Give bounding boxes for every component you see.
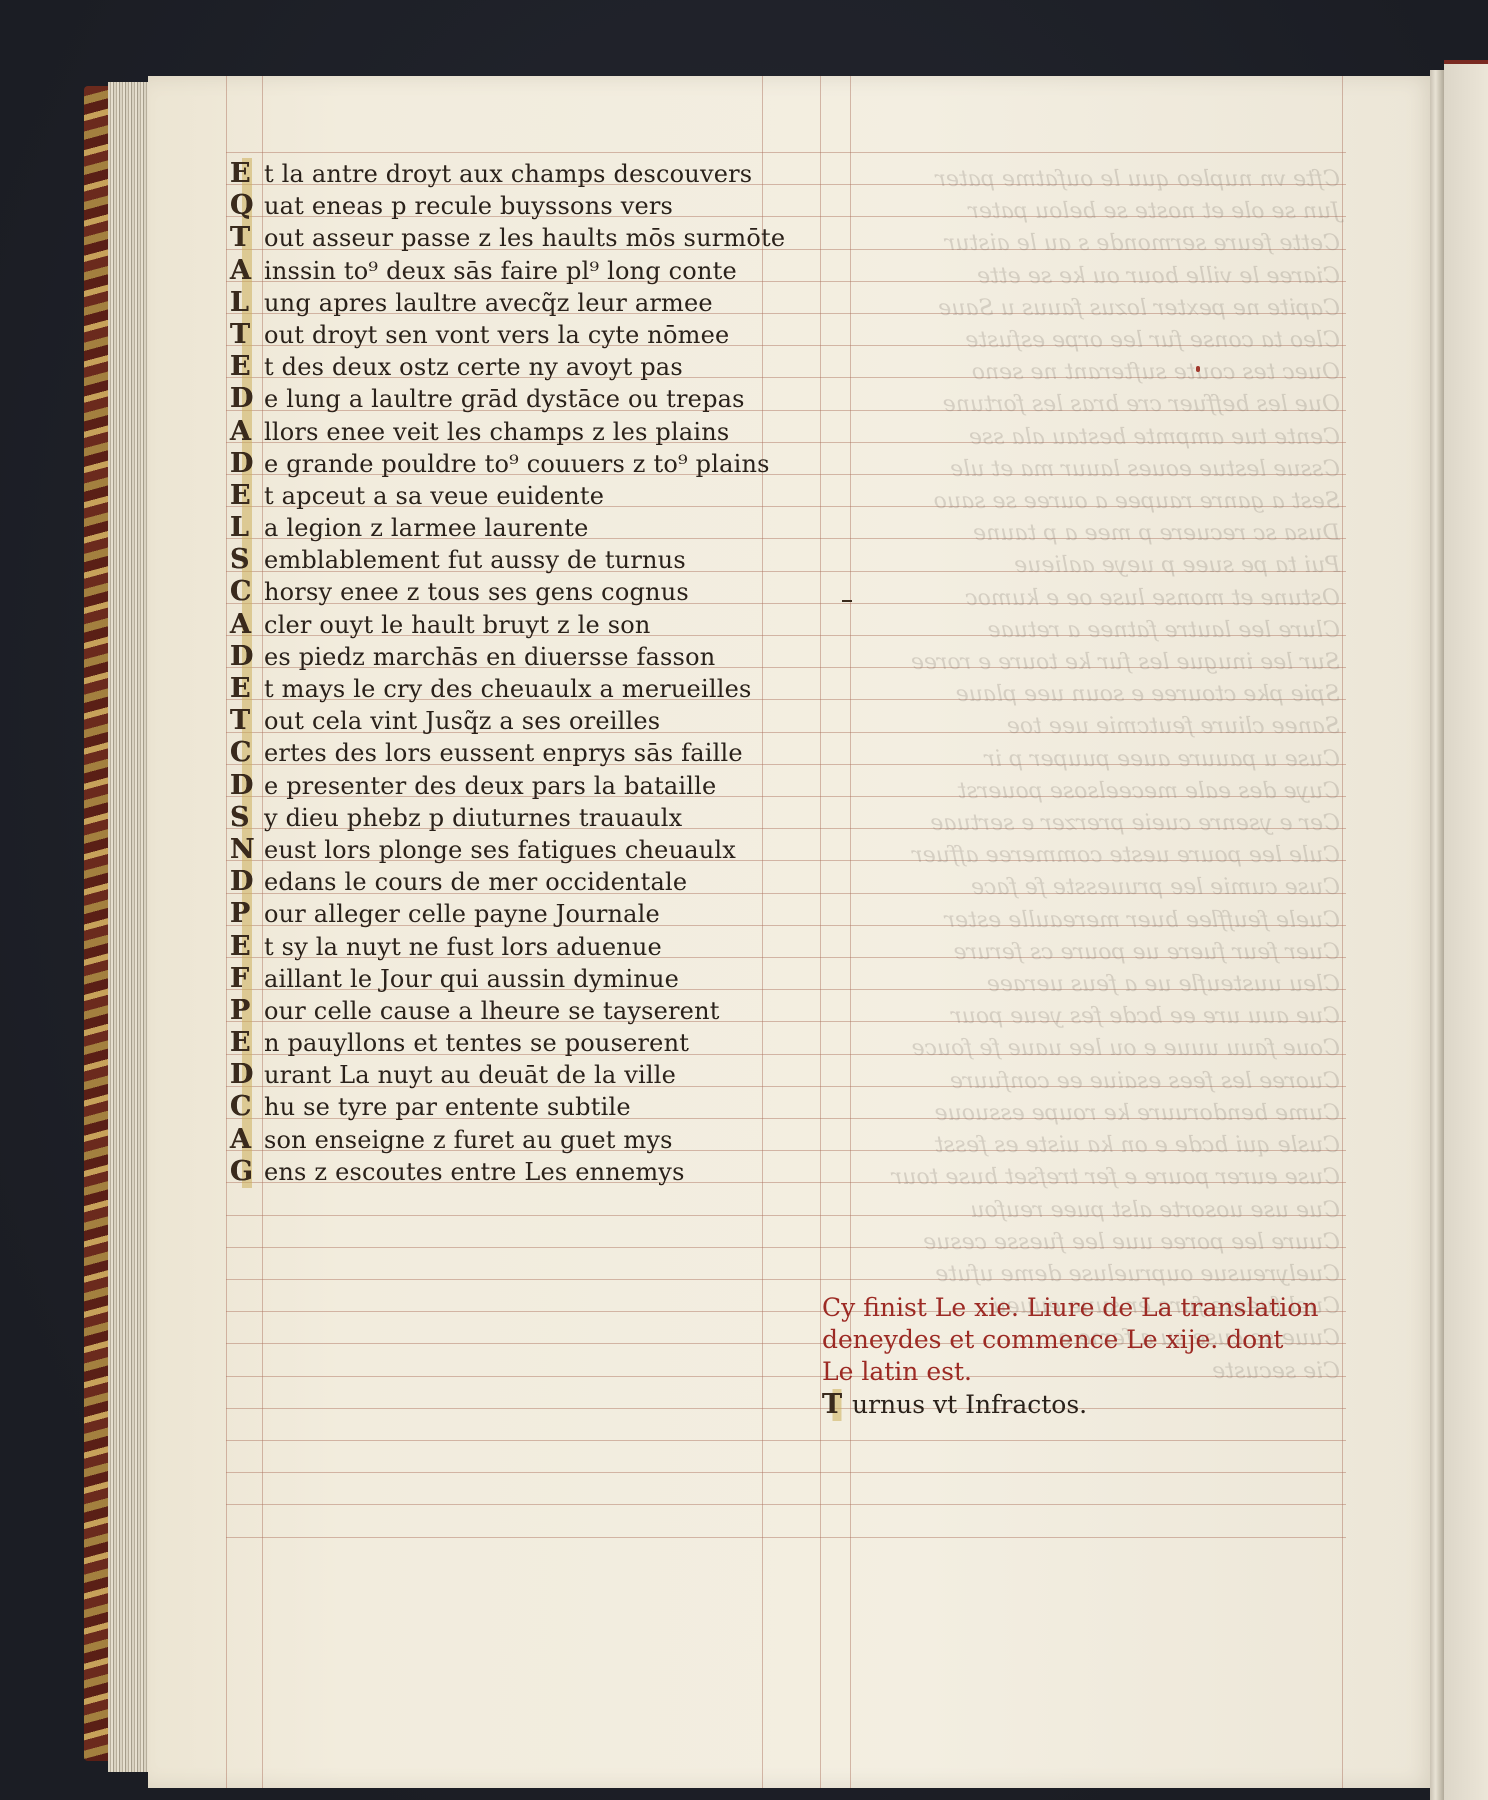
ruling-line-horizontal <box>226 1504 1346 1505</box>
verse-text: son enseigne z furet au guet mys <box>264 1126 673 1154</box>
gilded-initial: A <box>230 255 264 287</box>
verse-line: Et la antre droyt aux champs descouvers <box>230 158 790 190</box>
verse-text: uat eneas p recule buyssons vers <box>264 192 673 220</box>
gilded-initial: P <box>230 898 264 930</box>
ruling-line-horizontal <box>226 1440 1346 1441</box>
verse-line: Ason enseigne z furet au guet mys <box>230 1124 790 1156</box>
ruling-line-vertical <box>226 76 227 1788</box>
incipit-text: urnus vt Infractos. <box>852 1390 1087 1419</box>
rubric-block: Cy finist Le xie. Liure de La translatio… <box>822 1292 1362 1421</box>
verse-line: Faillant le Jour qui aussin dyminue <box>230 963 790 995</box>
gilded-initial: Q <box>230 190 264 222</box>
verse-line: Neust lors plonge ses fatigues cheuaulx <box>230 834 790 866</box>
verse-text: ens z escoutes entre Les ennemys <box>264 1158 685 1186</box>
gilded-initial: T <box>230 705 264 737</box>
gilded-initial: S <box>230 544 264 576</box>
verse-text: e grande pouldre to⁹ couuers z to⁹ plain… <box>264 450 770 478</box>
gilded-initial: N <box>230 834 264 866</box>
verse-text: a legion z larmee laurente <box>264 514 589 542</box>
verse-text: hu se tyre par entente subtile <box>264 1093 631 1121</box>
verse-text: out asseur passe z les haults mōs surmōt… <box>264 224 785 252</box>
verse-text: aillant le Jour qui aussin dyminue <box>264 965 679 993</box>
gilded-initial: D <box>230 1059 264 1091</box>
verse-text: y dieu phebz p diuturnes trauaulx <box>264 804 682 832</box>
ruling-line-horizontal <box>226 152 1346 153</box>
ruling-line-vertical <box>1342 76 1343 1788</box>
verse-line: Durant La nuyt au deuāt de la ville <box>230 1059 790 1091</box>
gilded-initial: L <box>230 512 264 544</box>
verse-text: ertes des lors eussent enprys sās faille <box>264 739 743 767</box>
verse-line: Allors enee veit les champs z les plains <box>230 416 790 448</box>
verse-text: e presenter des deux pars la bataille <box>264 772 716 800</box>
gilded-initial: T <box>230 319 264 351</box>
gilded-initial: E <box>230 673 264 705</box>
gilded-initial: D <box>230 866 264 898</box>
gilded-initial: C <box>230 1091 264 1123</box>
gilded-initial: E <box>230 1027 264 1059</box>
verse-text: llors enee veit les champs z les plains <box>264 418 729 446</box>
verse-text: t mays le cry des cheuaulx a merueilles <box>264 675 752 703</box>
verse-line: Pour alleger celle payne Journale <box>230 898 790 930</box>
verse-text: our celle cause a lheure se tayserent <box>264 997 720 1025</box>
verse-line: De presenter des deux pars la bataille <box>230 770 790 802</box>
verse-line: Chorsy enee z tous ses gens cognus <box>230 576 790 608</box>
verse-text: edans le cours de mer occidentale <box>264 868 687 896</box>
verse-line: Acler ouyt le hault bruyt z le son <box>230 609 790 641</box>
ink-mark <box>842 600 852 602</box>
gilded-initial: T <box>230 222 264 254</box>
gilded-initial: L <box>230 287 264 319</box>
verse-line: La legion z larmee laurente <box>230 512 790 544</box>
gilded-initial: A <box>230 1124 264 1156</box>
gilded-initial: E <box>230 480 264 512</box>
gilded-initial: T <box>822 1389 852 1421</box>
gilded-initial: D <box>230 448 264 480</box>
gilded-initial: A <box>230 416 264 448</box>
gilded-initial: D <box>230 641 264 673</box>
verse-text: n pauyllons et tentes se pouserent <box>264 1029 689 1057</box>
verse-line: Pour celle cause a lheure se tayserent <box>230 995 790 1027</box>
verse-line: De lung a laultre grād dystāce ou trepas <box>230 383 790 415</box>
verse-line: Lung apres laultre avecq̃z leur armee <box>230 287 790 319</box>
gilded-initial: E <box>230 158 264 190</box>
verse-text: emblablement fut aussy de turnus <box>264 546 686 574</box>
verse-text: cler ouyt le hault bruyt z le son <box>264 611 651 639</box>
gilded-initial: P <box>230 995 264 1027</box>
verse-line: Et sy la nuyt ne fust lors aduenue <box>230 931 790 963</box>
gutter-fold <box>1430 70 1444 1800</box>
verse-line: Des piedz marchās en diuersse fasson <box>230 641 790 673</box>
verse-text: urant La nuyt au deuāt de la ville <box>264 1061 676 1089</box>
gilded-initial: S <box>230 802 264 834</box>
verse-text: horsy enee z tous ses gens cognus <box>264 578 689 606</box>
verse-line: En pauyllons et tentes se pouserent <box>230 1027 790 1059</box>
verse-column: Et la antre droyt aux champs descouversQ… <box>230 158 790 1188</box>
red-ink-dot <box>1196 366 1200 372</box>
verse-line: Chu se tyre par entente subtile <box>230 1091 790 1123</box>
verse-text: our alleger celle payne Journale <box>264 900 660 928</box>
verse-line: Sy dieu phebz p diuturnes trauaulx <box>230 802 790 834</box>
verse-line: Ainssin to⁹ deux sās faire pl⁹ long cont… <box>230 255 790 287</box>
rubric-line: Le latin est. <box>822 1356 1362 1388</box>
ruling-line-horizontal <box>226 1537 1346 1538</box>
verse-line: Dedans le cours de mer occidentale <box>230 866 790 898</box>
verse-line: Tout asseur passe z les haults mōs surmō… <box>230 222 790 254</box>
verse-line: Tout droyt sen vont vers la cyte nōmee <box>230 319 790 351</box>
gilded-initial: D <box>230 383 264 415</box>
verse-text: t apceut a sa veue euidente <box>264 482 604 510</box>
gilded-initial: E <box>230 931 264 963</box>
verse-text: eust lors plonge ses fatigues cheuaulx <box>264 836 736 864</box>
verse-line: Et apceut a sa veue euidente <box>230 480 790 512</box>
verse-text: inssin to⁹ deux sās faire pl⁹ long conte <box>264 257 737 285</box>
verse-line: Quat eneas p recule buyssons vers <box>230 190 790 222</box>
verso-show-through: Cfte vn nupleo quu le oufatme pater Jun … <box>840 164 1340 1388</box>
rubric-line: Cy finist Le xie. Liure de La translatio… <box>822 1292 1362 1324</box>
ruling-line-vertical <box>820 76 821 1788</box>
verse-text: out droyt sen vont vers la cyte nōmee <box>264 321 729 349</box>
verse-line: Certes des lors eussent enprys sās faill… <box>230 737 790 769</box>
verse-line: Tout cela vint Jusq̃z a ses oreilles <box>230 705 790 737</box>
page-stack-edges <box>108 82 148 1772</box>
verse-text: t des deux ostz certe ny avoyt pas <box>264 353 683 381</box>
verse-text: e lung a laultre grād dystāce ou trepas <box>264 385 745 413</box>
verse-line: Et mays le cry des cheuaulx a merueilles <box>230 673 790 705</box>
gilded-initial: E <box>230 351 264 383</box>
verse-text: es piedz marchās en diuersse fasson <box>264 643 715 671</box>
verse-text: t sy la nuyt ne fust lors aduenue <box>264 933 662 961</box>
verse-line: Semblablement fut aussy de turnus <box>230 544 790 576</box>
gilded-initial: D <box>230 770 264 802</box>
verse-text: out cela vint Jusq̃z a ses oreilles <box>264 707 660 735</box>
incipit-line: Turnus vt Infractos. <box>822 1389 1362 1421</box>
rubric-line: deneydes et commence Le xije. dont <box>822 1324 1362 1356</box>
verse-line: De grande pouldre to⁹ couuers z to⁹ plai… <box>230 448 790 480</box>
verse-line: Et des deux ostz certe ny avoyt pas <box>230 351 790 383</box>
gilded-initial: A <box>230 609 264 641</box>
verse-text: ung apres laultre avecq̃z leur armee <box>264 289 713 317</box>
gilded-initial: G <box>230 1156 264 1188</box>
gilded-initial: C <box>230 576 264 608</box>
verse-text: t la antre droyt aux champs descouvers <box>264 160 752 188</box>
verse-line: Gens z escoutes entre Les ennemys <box>230 1156 790 1188</box>
ruling-line-horizontal <box>226 1472 1346 1473</box>
gilded-initial: C <box>230 737 264 769</box>
facing-page-edge <box>1444 60 1488 1800</box>
gilded-initial: F <box>230 963 264 995</box>
